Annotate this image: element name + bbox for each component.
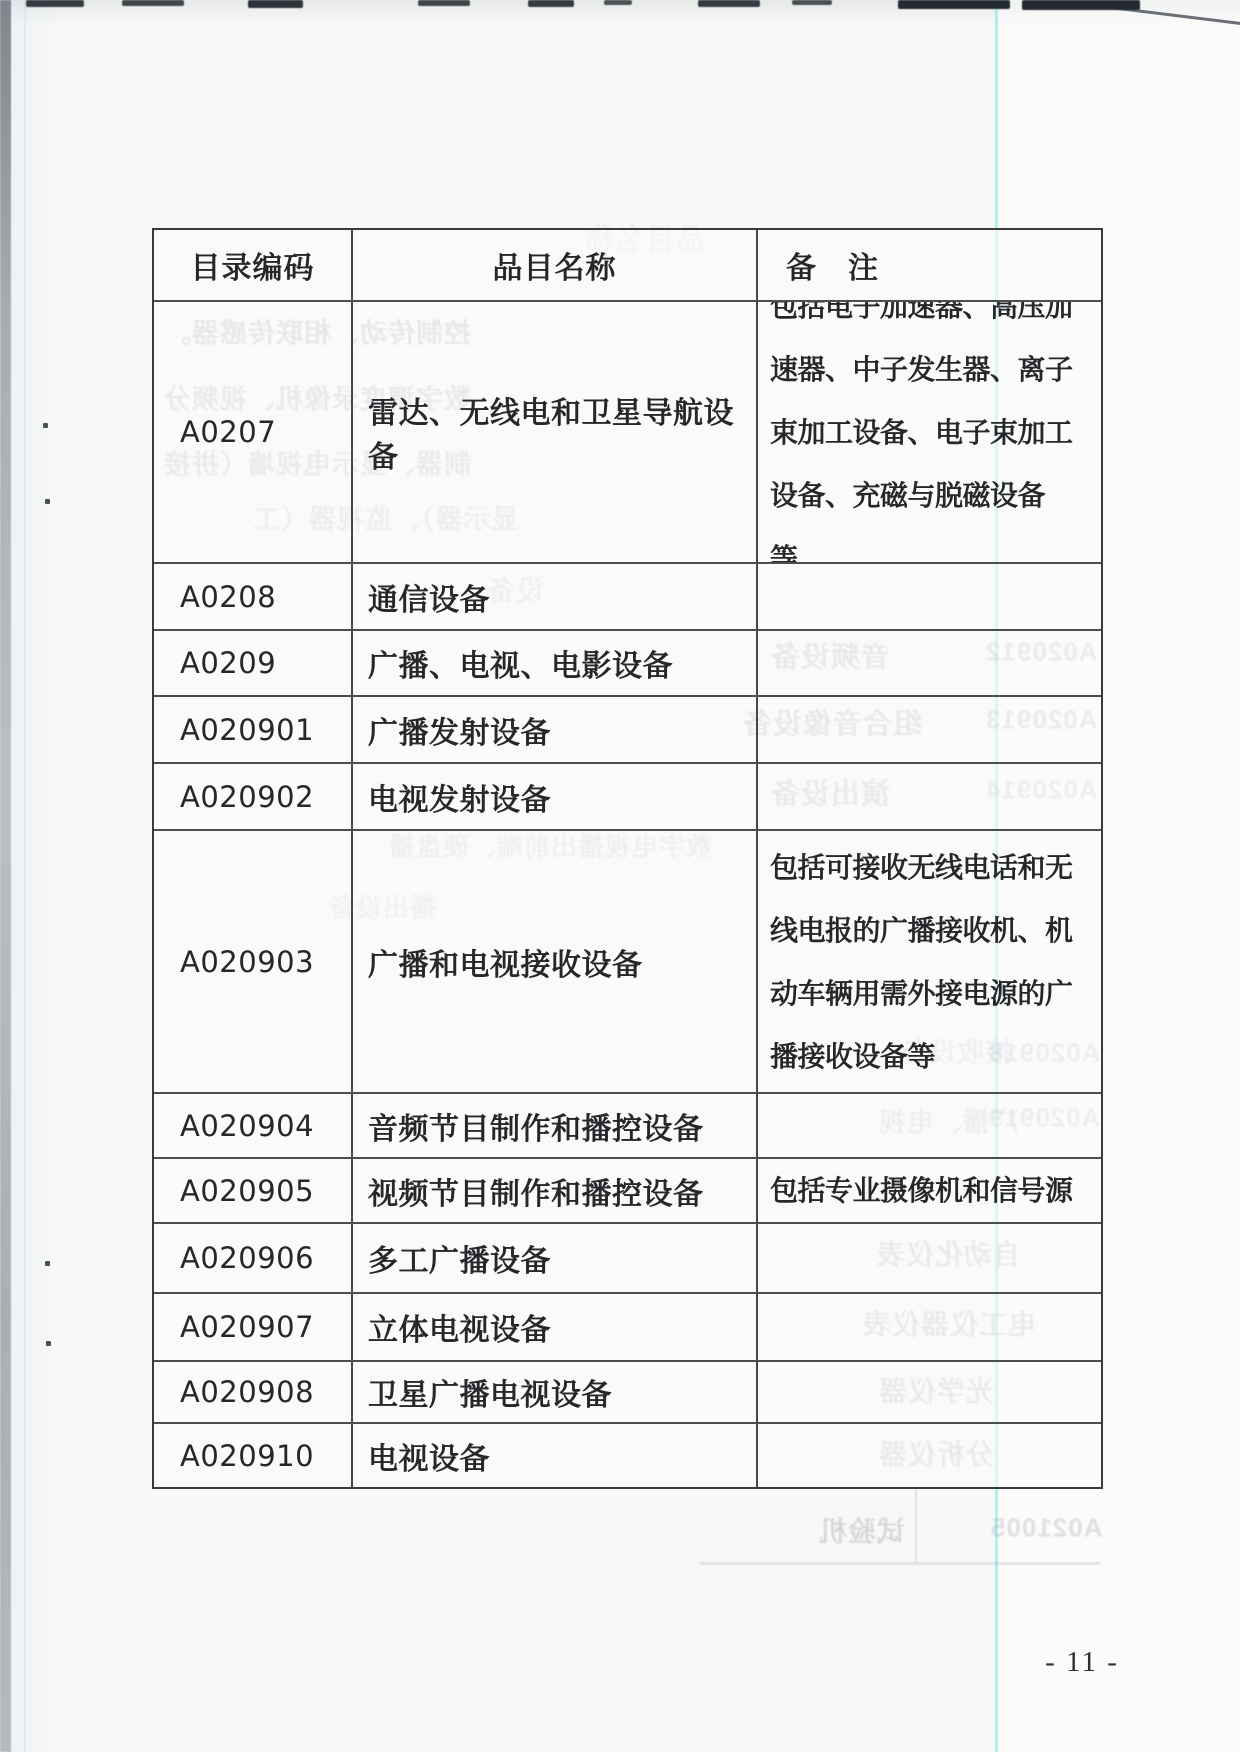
table-row: A020901广播发射设备 xyxy=(154,695,1101,762)
cell-catalog-code: A020901 xyxy=(154,697,351,762)
table-row: A020902电视发射设备 xyxy=(154,762,1101,829)
bleed-through-line xyxy=(915,1487,917,1563)
cell-remark xyxy=(756,697,1101,762)
scan-smudge xyxy=(898,0,1010,9)
cell-remark: 包括电子加速器、高压加 速器、中子发生器、离子 束加工设备、电子束加工 设备、充… xyxy=(756,302,1101,562)
ink-speck xyxy=(46,1341,51,1346)
cell-remark xyxy=(756,1362,1101,1422)
cell-item-name: 广播、电视、电影设备 xyxy=(351,631,756,695)
table-row: A0207雷达、无线电和卫星导航设备包括电子加速器、高压加 速器、中子发生器、离… xyxy=(154,300,1101,562)
table-row: A020910电视设备 xyxy=(154,1422,1101,1487)
bleed-through-text: A021005 xyxy=(990,1513,1103,1544)
cell-item-name: 卫星广播电视设备 xyxy=(351,1362,756,1422)
cell-catalog-code: A0208 xyxy=(154,564,351,629)
cell-remark xyxy=(756,564,1101,629)
cell-item-name: 雷达、无线电和卫星导航设备 xyxy=(351,302,756,562)
scan-smudge xyxy=(698,0,760,7)
cell-catalog-code: A020905 xyxy=(154,1159,351,1222)
cell-item-name: 立体电视设备 xyxy=(351,1294,756,1360)
table-row: A0208通信设备 xyxy=(154,562,1101,629)
header-remark: 备 注 xyxy=(756,230,1101,300)
catalog-table: 目录编码 品目名称 备 注 A0207雷达、无线电和卫星导航设备包括电子加速器、… xyxy=(152,228,1103,1489)
ink-speck xyxy=(45,499,50,504)
cell-item-name: 多工广播设备 xyxy=(351,1224,756,1292)
cell-item-name: 广播和电视接收设备 xyxy=(351,831,756,1092)
cell-catalog-code: A020910 xyxy=(154,1424,351,1487)
cell-catalog-code: A020907 xyxy=(154,1294,351,1360)
scan-smudge xyxy=(528,0,574,7)
cell-item-name: 视频节目制作和播控设备 xyxy=(351,1159,756,1222)
table-row: A020908卫星广播电视设备 xyxy=(154,1360,1101,1422)
header-item-name: 品目名称 xyxy=(351,230,756,300)
cell-catalog-code: A020906 xyxy=(154,1224,351,1292)
cell-remark xyxy=(756,764,1101,829)
page-number: - 11 - xyxy=(1022,1646,1142,1679)
cell-item-name: 通信设备 xyxy=(351,564,756,629)
header-catalog-code: 目录编码 xyxy=(154,230,351,300)
scan-smudge xyxy=(418,0,470,6)
scan-smudge xyxy=(26,0,84,7)
scan-left-blue-tint xyxy=(11,0,59,1752)
table-row: A0209广播、电视、电影设备 xyxy=(154,629,1101,695)
cell-remark xyxy=(756,1224,1101,1292)
table-row: A020907立体电视设备 xyxy=(154,1292,1101,1360)
cell-item-name: 广播发射设备 xyxy=(351,697,756,762)
cell-remark xyxy=(756,1424,1101,1487)
table-row: A020904音频节目制作和播控设备 xyxy=(154,1092,1101,1157)
table-row: A020903广播和电视接收设备包括可接收无线电话和无 线电报的广播接收机、机 … xyxy=(154,829,1101,1092)
scan-smudge xyxy=(792,0,832,5)
cell-remark xyxy=(756,1294,1101,1360)
scan-smudge xyxy=(604,0,632,5)
cell-catalog-code: A0209 xyxy=(154,631,351,695)
cell-item-name: 电视发射设备 xyxy=(351,764,756,829)
cell-item-name: 音频节目制作和播控设备 xyxy=(351,1094,756,1157)
cell-catalog-code: A020903 xyxy=(154,831,351,1092)
cell-remark: 包括可接收无线电话和无 线电报的广播接收机、机 动车辆用需外接电源的广 播接收设… xyxy=(756,831,1101,1092)
cell-remark: 包括专业摄像机和信号源 xyxy=(756,1159,1101,1222)
cell-catalog-code: A020904 xyxy=(154,1094,351,1157)
ink-speck xyxy=(43,423,48,428)
table-row: A020905视频节目制作和播控设备包括专业摄像机和信号源 xyxy=(154,1157,1101,1222)
scan-left-edge-shadow xyxy=(0,0,11,1752)
scan-smudge xyxy=(122,0,184,6)
cell-remark xyxy=(756,631,1101,695)
cell-item-name: 电视设备 xyxy=(351,1424,756,1487)
scanned-page: 品目名称控制传动、相联传感器。数字调度录像机、视频分制器、显示电视墙（拼接显示器… xyxy=(0,0,1240,1752)
ink-speck xyxy=(45,1261,50,1266)
cell-catalog-code: A020908 xyxy=(154,1362,351,1422)
table-row: A020906多工广播设备 xyxy=(154,1222,1101,1292)
bleed-through-line xyxy=(700,1562,1100,1565)
bleed-through-text: 试验机 xyxy=(818,1510,905,1550)
cell-catalog-code: A0207 xyxy=(154,302,351,562)
cell-remark xyxy=(756,1094,1101,1157)
scan-smudge xyxy=(1022,0,1140,10)
scanner-cyan-line-left xyxy=(24,0,26,1752)
table-header-row: 目录编码 品目名称 备 注 xyxy=(154,230,1101,300)
scan-smudge xyxy=(248,0,303,8)
cell-catalog-code: A020902 xyxy=(154,764,351,829)
